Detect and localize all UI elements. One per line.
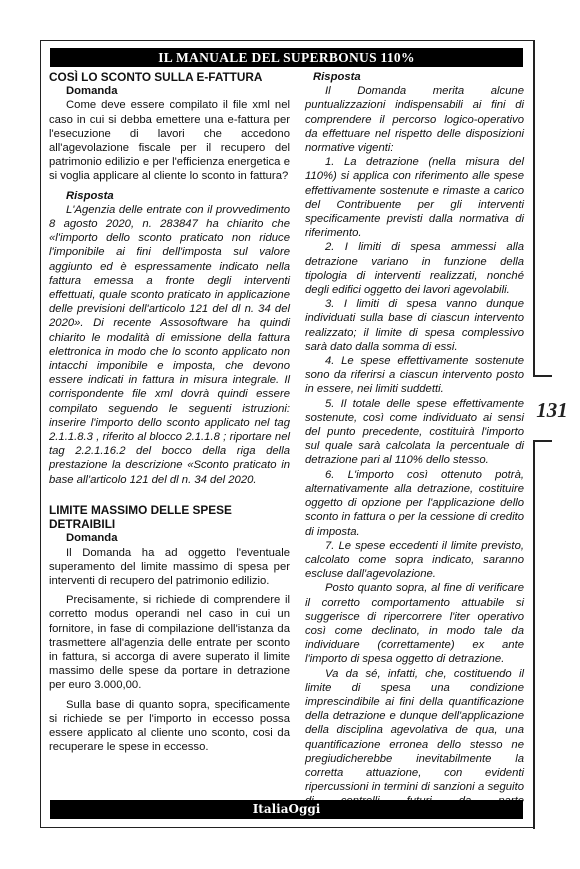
question-paragraph: Precisamente, si richiede di comprendere… — [49, 593, 290, 692]
answer-paragraph: Il Domanda merita alcune puntualizzazion… — [305, 84, 524, 155]
answer-paragraph: 3. I limiti di spesa vanno dunque indivi… — [305, 297, 524, 354]
answer-paragraph: 1. La detrazione (nella misura del 110%)… — [305, 155, 524, 240]
left-column: COSÌ LO SCONTO SULLA E-FATTURA Domanda C… — [49, 70, 290, 754]
answer-paragraph: 4. Le spese effettivamente sostenute son… — [305, 354, 524, 397]
page-number: 131 — [534, 398, 570, 423]
frame-right-border-top — [533, 40, 535, 376]
right-column: Risposta Il Domanda merita alcune puntua… — [305, 70, 524, 823]
question-paragraph: Il Domanda ha ad oggetto l'eventuale sup… — [49, 546, 290, 589]
page-number-bracket-top — [533, 375, 552, 377]
question-label: Domanda — [49, 84, 290, 98]
answer-paragraph: 7. Le spese eccedenti il limite previsto… — [305, 539, 524, 582]
answer-label: Risposta — [49, 189, 290, 203]
answer-paragraph: 2. I limiti di spesa ammessi alla detraz… — [305, 240, 524, 297]
page-number-bracket-bottom — [533, 440, 552, 442]
footer-brand-logo: ItaliaOggi — [50, 800, 523, 819]
answer-paragraph: 6. L'importo così ottenuto potrà, altern… — [305, 468, 524, 539]
section-title-limite-spese: LIMITE MASSIMO DELLE SPESE DETRAIBILI — [49, 503, 290, 531]
frame-right-border-bottom — [533, 440, 535, 829]
question-paragraph: Sulla base di quanto sopra, specificamen… — [49, 698, 290, 755]
section-title-sconto-efattura: COSÌ LO SCONTO SULLA E-FATTURA — [49, 70, 290, 84]
answer-paragraph: 5. Il totale delle spese effettivamente … — [305, 397, 524, 468]
question-text: Come deve essere compilato il file xml n… — [49, 98, 290, 183]
header-title: IL MANUALE DEL SUPERBONUS 110% — [50, 48, 523, 67]
answer-label: Risposta — [305, 70, 524, 84]
answer-text: L'Agenzia delle entrate con il provvedim… — [49, 203, 290, 487]
question-label: Domanda — [49, 531, 290, 545]
answer-paragraph: Posto quanto sopra, al fine di verificar… — [305, 581, 524, 666]
